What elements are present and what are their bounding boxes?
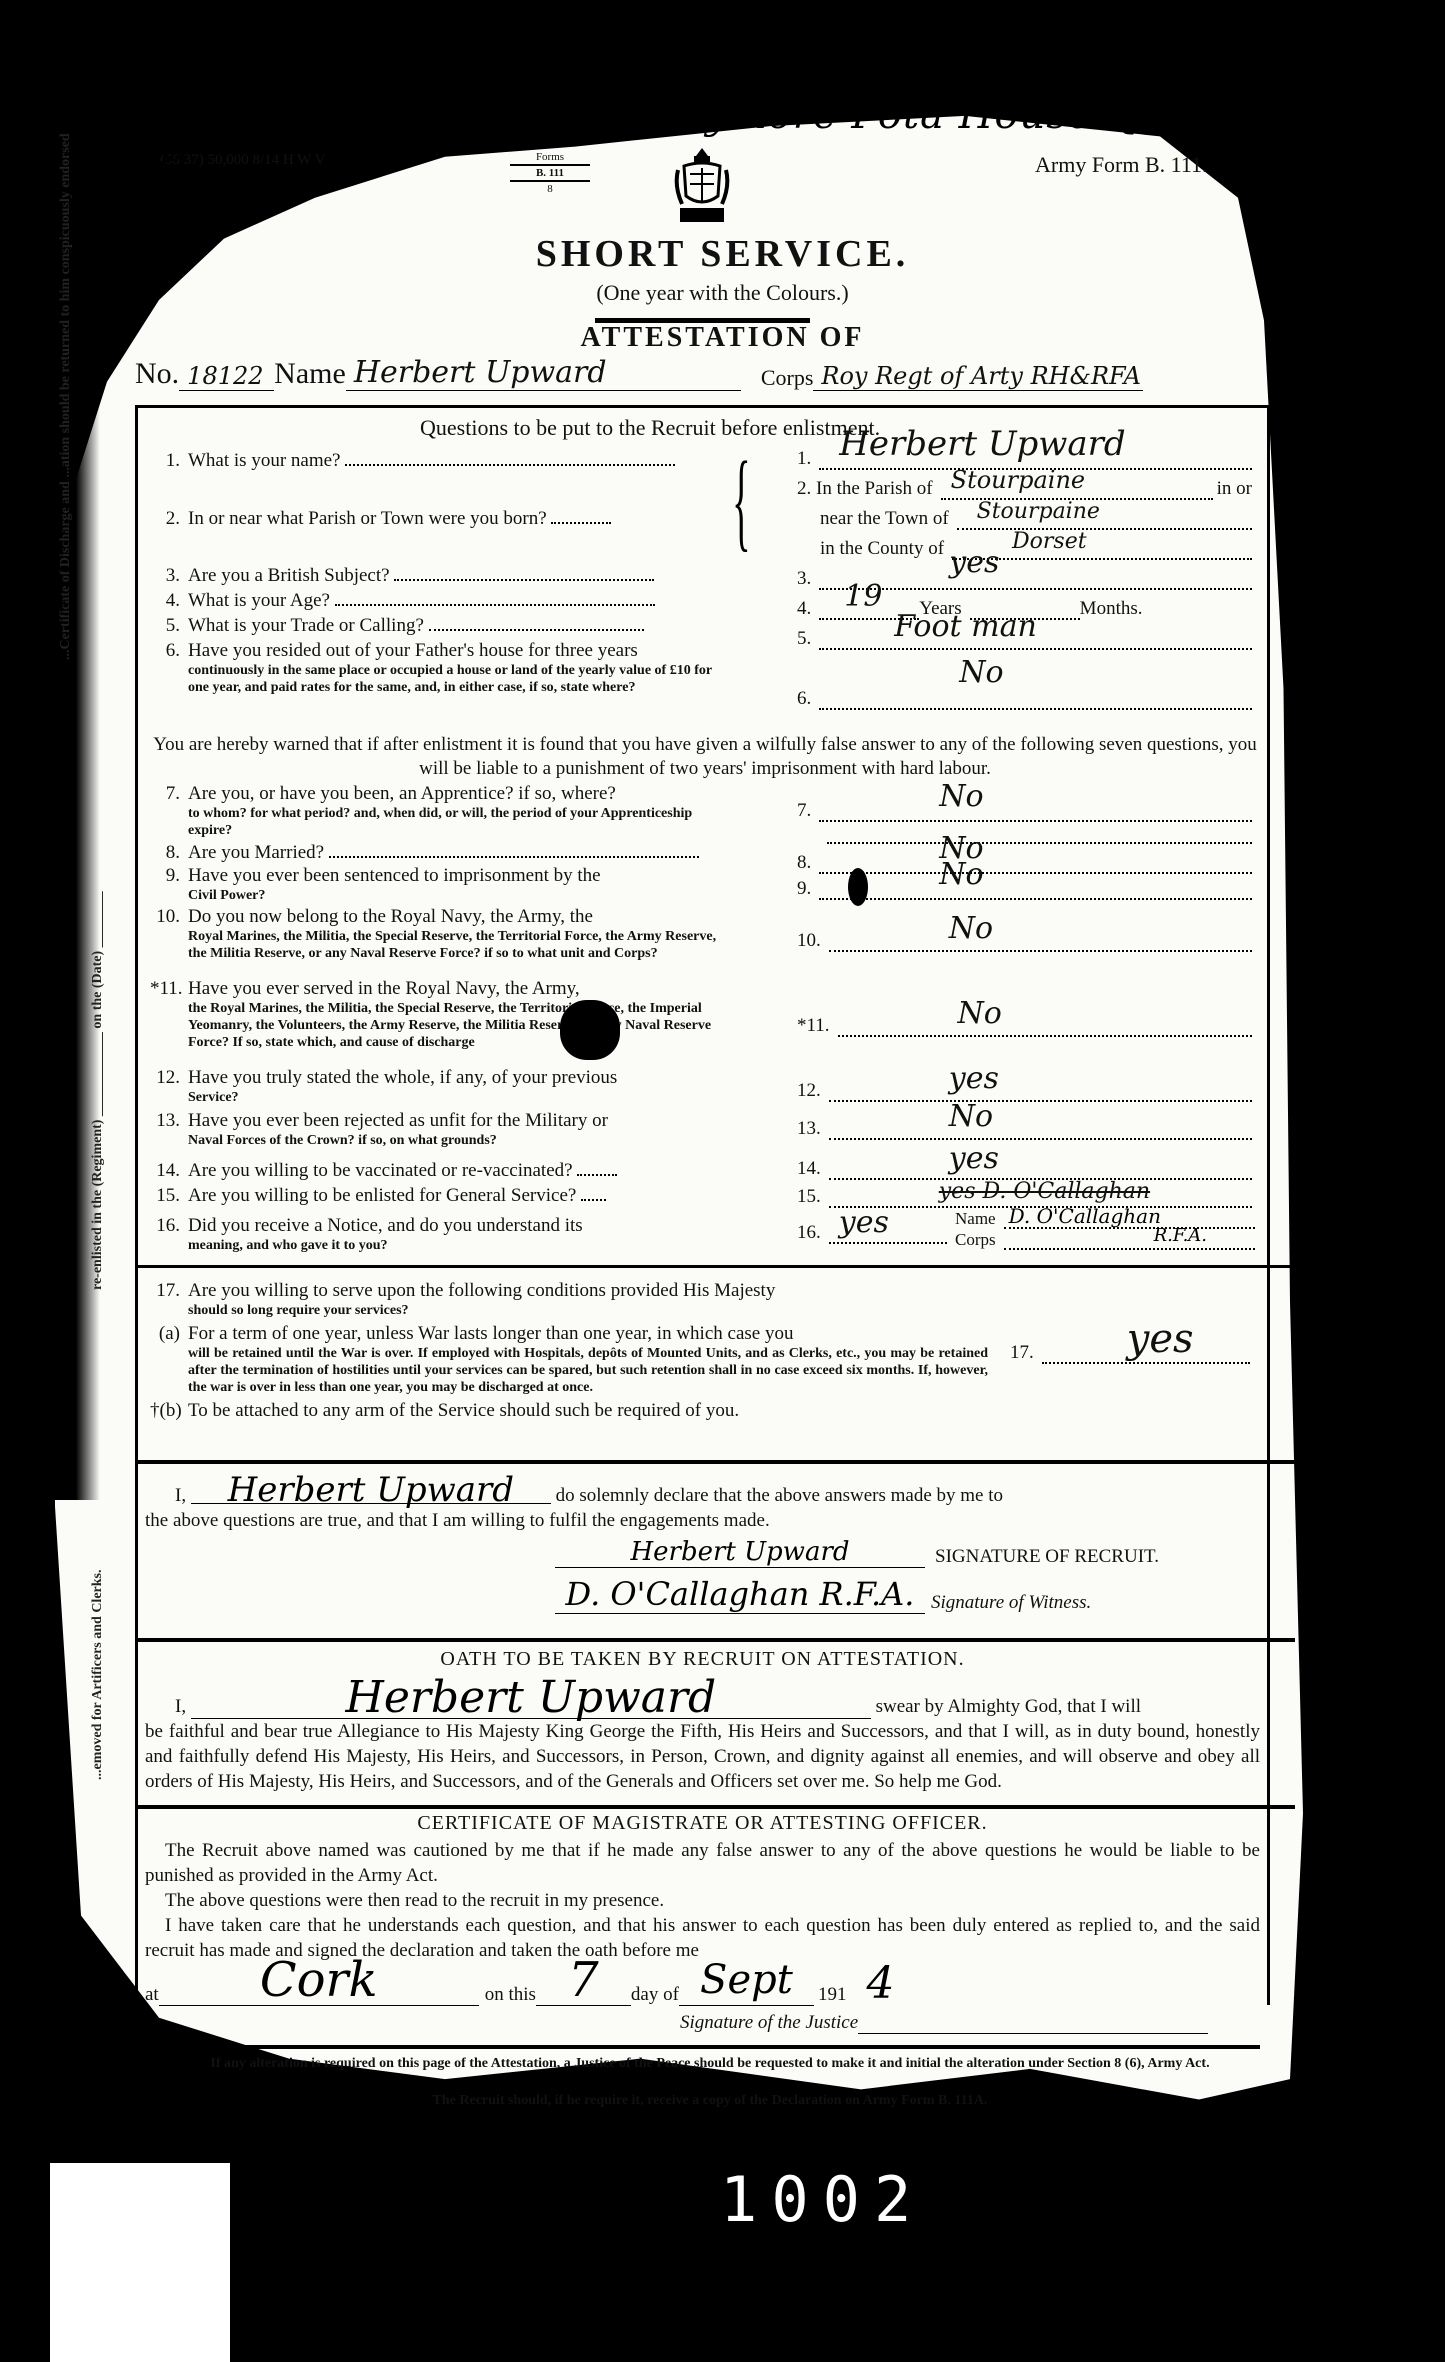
section-divider — [135, 1638, 1295, 1642]
question-3: 3.Are you a British Subject? — [150, 565, 654, 587]
oath-text: I, Herbert Upward swear by Almighty God,… — [145, 1678, 1260, 1794]
corps-label: Corps — [761, 365, 814, 391]
answer-10: 10.No — [797, 930, 1252, 952]
recruit-name: Herbert Upward — [346, 355, 741, 391]
recruit-header-line: No. 18122 Name Herbert Upward Corps Roy … — [135, 355, 1143, 391]
army-form-number: Army Form B. 111. — [1035, 152, 1208, 178]
question-9: 9.Have you ever been sentenced to impris… — [150, 865, 730, 904]
questions-heading: Questions to be put to the Recruit befor… — [420, 415, 880, 441]
year-prefix: 191 — [818, 1984, 847, 2006]
footer-copy-note: The Recruit should, if he require it, re… — [160, 2092, 1260, 2110]
answer-8: 8.No — [797, 852, 1252, 874]
certificate-heading: CERTIFICATE OF MAGISTRATE OR ATTESTING O… — [135, 1812, 1270, 1835]
forms-reference: Forms B. 111 8 — [510, 150, 590, 196]
answer-11: *11.No — [797, 1015, 1252, 1037]
question-8: 8.Are you Married? — [150, 842, 699, 864]
margin-text-3: ...emoved for Artificers and Clerks. — [90, 1570, 106, 1780]
number-label: No. — [135, 357, 179, 391]
answer-13: 13.No — [797, 1118, 1252, 1140]
answer-2-town: near the Town ofStourpaine — [820, 508, 1252, 530]
forms-ref-bottom: 8 — [510, 182, 590, 196]
forms-ref-middle: B. 111 — [510, 164, 590, 182]
attestation-place-date: at Cork on this 7 day of Sept 191 4 — [145, 1955, 894, 2006]
justice-signature-row: Signature of the Justice — [680, 2012, 1208, 2034]
question-4: 4.What is your Age? — [150, 590, 655, 612]
question-12: 12.Have you truly stated the whole, if a… — [150, 1067, 730, 1106]
certificate-text: The Recruit above named was cautioned by… — [145, 1838, 1260, 1963]
answer-7: 7.No — [797, 800, 1252, 822]
notice-corps-label: Corps — [955, 1229, 996, 1250]
regimental-number: 18122 — [179, 362, 274, 391]
notice-name-value: D. O'Callaghan — [1009, 1206, 1161, 1227]
year-suffix: 4 — [866, 1962, 894, 2006]
question-11: *11.Have you ever served in the Royal Na… — [150, 978, 730, 1051]
answer-7-cont — [827, 826, 1252, 844]
recruit-signature-label: SIGNATURE OF RECRUIT. — [935, 1546, 1159, 1568]
footer-alteration-note: If any alteration is required on this pa… — [160, 2055, 1260, 2073]
recruit-signature: Herbert Upward — [555, 1537, 925, 1568]
ink-blot — [560, 1000, 620, 1060]
frame-number: 1002 — [720, 2163, 925, 2236]
witness-signature-label: Signature of Witness. — [931, 1592, 1091, 1614]
question-13: 13.Have you ever been rejected as unfit … — [150, 1110, 730, 1149]
margin-text-2: re-enlisted in the (Regiment) __________… — [90, 891, 106, 1290]
answer-16: 16.yes — [797, 1222, 947, 1244]
attestation-month: Sept — [679, 1955, 814, 2006]
declaration-name: Herbert Upward — [191, 1478, 551, 1504]
answer-12: 12.yes — [797, 1080, 1252, 1102]
false-answer-warning: You are hereby warned that if after enli… — [150, 733, 1260, 781]
question-6: 6.Have you resided out of your Father's … — [150, 640, 730, 696]
question-5: 5.What is your Trade or Calling? — [150, 615, 644, 637]
answer-17: 17.yes — [1010, 1342, 1250, 1364]
question-10: 10.Do you now belong to the Royal Navy, … — [150, 906, 730, 962]
question-16: 16.Did you receive a Notice, and do you … — [150, 1215, 730, 1254]
justice-signature-line — [858, 2014, 1208, 2034]
forms-ref-top: Forms — [510, 150, 590, 164]
section-divider — [135, 1265, 1295, 1268]
ink-spot — [848, 868, 868, 906]
declaration: I, Herbert Upward do solemnly declare th… — [145, 1478, 1260, 1533]
notice-giver: NameD. O'Callaghan CorpsR.F.A. — [955, 1208, 1255, 1250]
film-label-block — [50, 2163, 230, 2362]
question-14: 14.Are you willing to be vaccinated or r… — [150, 1160, 617, 1182]
section-divider — [135, 1805, 1295, 1809]
name-label: Name — [274, 357, 346, 391]
royal-crest-icon — [672, 146, 732, 228]
justice-signature-label: Signature of the Justice — [680, 2012, 858, 2034]
answer-6: 6.No — [797, 688, 1252, 710]
brace: { — [732, 470, 750, 530]
question-2: 2.In or near what Parish or Town were yo… — [150, 508, 611, 530]
form-subtitle: (One year with the Colours.) — [0, 280, 1445, 306]
question-1: 1.What is your name? — [150, 450, 675, 472]
attestation-heading: ATTESTATION OF — [0, 322, 1445, 354]
attestation-place: Cork — [159, 1955, 479, 2006]
answer-14: 14.yes — [797, 1158, 1252, 1180]
section-divider — [150, 2045, 1260, 2049]
form-title: SHORT SERVICE. — [0, 232, 1445, 276]
answer-2-county: in the County ofDorset — [820, 538, 1252, 560]
notice-name-label: Name — [955, 1208, 996, 1229]
section-divider — [135, 1460, 1295, 1464]
notice-corps-value: R.F.A. — [1154, 1225, 1207, 1246]
corps-value: Roy Regt of Arty RH&RFA — [813, 362, 1143, 391]
answer-2-parish: 2. In the Parish ofStourpainein or — [797, 478, 1252, 500]
handwritten-address-note: c/o Lord Barrymore Fota House Queenstown — [420, 92, 1369, 138]
recruit-signature-row: Herbert Upward SIGNATURE OF RECRUIT. — [555, 1537, 1270, 1568]
attestation-day: 7 — [536, 1955, 631, 2006]
witness-signature-row: D. O'Callaghan R.F.A. Signature of Witne… — [555, 1575, 1270, 1614]
question-17: 17.Are you willing to serve upon the fol… — [150, 1280, 988, 1422]
oath-name: Herbert Upward — [191, 1678, 871, 1719]
oath-heading: OATH TO BE TAKEN BY RECRUIT ON ATTESTATI… — [135, 1648, 1270, 1671]
answer-5: 5.Foot man — [797, 628, 1252, 650]
question-15: 15.Are you willing to be enlisted for Ge… — [150, 1185, 606, 1207]
witness-signature: D. O'Callaghan R.F.A. — [555, 1575, 925, 1614]
question-7: 7.Are you, or have you been, an Apprenti… — [150, 783, 730, 839]
margin-text-1: ...Certificate of Discharge and ...ation… — [58, 133, 74, 660]
